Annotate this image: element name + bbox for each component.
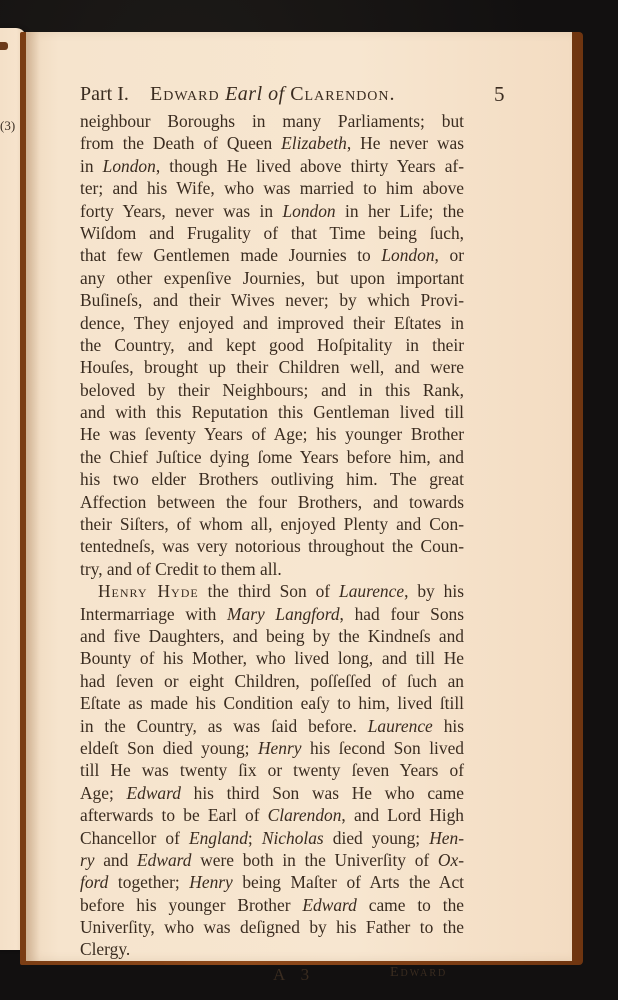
text-span: , and Lord High [341,805,464,825]
running-head: Part I. Edward Earl of Clarendon. 5 [80,82,464,106]
text-line: Age; Edward his third Son was He who cam… [80,782,464,804]
text-span: had ſeven or eight Children, poſſeſſed o… [80,671,464,691]
text-span: , or [435,245,464,265]
text-span: ; [248,828,262,848]
page-number: 5 [494,82,505,106]
text-line: afterwards to be Earl of Clarendon, and … [80,804,464,826]
text-block: Part I. Edward Earl of Clarendon. 5 neig… [80,82,464,987]
text-line: Affection between the four Brothers, and… [80,491,464,513]
text-line: ford together; Henry being Maſter of Art… [80,871,464,893]
text-line: neighbour Boroughs in many Parliaments; … [80,110,464,132]
text-span: ter; and his Wife, who was married to hi… [80,178,464,198]
italic-text: Henry [189,872,232,892]
italic-text: Mary Langford [227,604,340,624]
small-caps-text: Henry Hyde [98,581,199,601]
italic-text: Ox- [438,850,464,870]
text-span: in [80,156,103,176]
italic-text: Nicholas [262,828,324,848]
text-line: Wiſdom and Frugality of that Time being … [80,222,464,244]
text-line: Intermarriage with Mary Langford, had fo… [80,603,464,625]
text-span: came to the [357,895,464,915]
margin-reference: (3) [0,118,15,134]
text-span: from the Death of Queen [80,133,281,153]
italic-text: Henry [258,738,301,758]
text-line: and with this Reputation this Gentleman … [80,401,464,423]
text-span: Chancellor of [80,828,189,848]
text-span: Wiſdom and Frugality of that Time being … [80,223,464,243]
text-span: the third Son of [199,581,339,601]
italic-text: Laurence [368,716,433,736]
signature-mark: A 3 [273,965,315,985]
text-span: and with this Reputation this Gentleman … [80,402,464,422]
title-name: Edward [150,83,220,105]
text-span: together; [108,872,189,892]
text-span: beloved by their Neighbours; and in this… [80,380,464,400]
text-span: any other expenſive Journies, but upon i… [80,268,464,288]
text-line: till He was twenty ſix or twenty ſeven Y… [80,759,464,781]
text-span: afterwards to be Earl of [80,805,268,825]
italic-text: Laurence [339,581,404,601]
text-line: his two elder Brothers outliving him. Th… [80,468,464,490]
text-span: Buſineſs, and their Wives never; by whic… [80,290,464,310]
gutter-shadow [26,32,40,961]
text-line: try, and of Credit to them all. [80,558,464,580]
text-span: He was ſeventy Years of Age; his younger… [80,424,464,444]
text-span: , though He lived above thirty Years af- [156,156,464,176]
text-line: forty Years, never was in London in her … [80,200,464,222]
italic-text: England [189,828,248,848]
text-span: being Maſter of Arts the Act [233,872,464,892]
text-line: the Country, and kept good Hoſpitality i… [80,334,464,356]
text-line: beloved by their Neighbours; and in this… [80,379,464,401]
italic-text: Clarendon [268,805,342,825]
text-span: that few Gentlemen made Journies to [80,245,381,265]
italic-text: Edward [302,895,356,915]
italic-text: ford [80,872,108,892]
left-binding-corner [0,42,8,50]
catchword: Edward [390,965,447,981]
italic-text: Hen- [429,828,464,848]
text-span: , had four Sons [340,604,464,624]
italic-text: Edward [127,783,181,803]
text-span: Age; [80,783,127,803]
text-line: before his younger Brother Edward came t… [80,894,464,916]
text-span: before his younger Brother [80,895,302,915]
text-span: dence, They enjoyed and improved their E… [80,313,464,333]
italic-text: London [103,156,156,176]
text-span: were both in the Univerſity of [191,850,437,870]
body-text: neighbour Boroughs in many Parliaments; … [80,110,464,961]
italic-text: ry [80,850,95,870]
text-span: Clergy. [80,939,130,959]
text-span: till He was twenty ſix or twenty ſeven Y… [80,760,464,780]
italic-text: Elizabeth [281,133,347,153]
text-line: Eſtate as made his Condition eaſy to him… [80,692,464,714]
text-line: that few Gentlemen made Journies to Lond… [80,244,464,266]
text-line: Bounty of his Mother, who lived long, an… [80,647,464,669]
text-line: Univerſity, who was deſigned by his Fath… [80,916,464,938]
text-span: forty Years, never was in [80,201,282,221]
text-line: tentedneſs, was very notorious throughou… [80,535,464,557]
text-line: in the Country, as was ſaid before. Laur… [80,715,464,737]
text-span: their Siſters, of whom all, enjoyed Plen… [80,514,464,534]
text-span: Bounty of his Mother, who lived long, an… [80,648,464,668]
text-span: and [95,850,138,870]
italic-text: London [282,201,335,221]
text-span: , He never was [347,133,464,153]
text-span: Houſes, brought up their Children well, … [80,357,464,377]
text-span: the Country, and kept good Hoſpitality i… [80,335,464,355]
text-span: Affection between the four Brothers, and… [80,492,464,512]
text-span: neighbour Boroughs in many Parliaments; … [80,111,464,131]
text-line: in London, though He lived above thirty … [80,155,464,177]
title-place: Clarendon. [290,83,395,105]
text-span: the Chief Juſtice dying ſome Years befor… [80,447,464,467]
text-line: ry and Edward were both in the Univerſit… [80,849,464,871]
text-line: Clergy. [80,938,464,960]
text-span: his third Son was He who came [181,783,464,803]
text-line: Buſineſs, and their Wives never; by whic… [80,289,464,311]
page-footer: A 3 Edward [80,965,464,987]
italic-text: Edward [137,850,191,870]
text-line: from the Death of Queen Elizabeth, He ne… [80,132,464,154]
text-span: eldeſt Son died young; [80,738,258,758]
text-span: tentedneſs, was very notorious throughou… [80,536,464,556]
text-span: Eſtate as made his Condition eaſy to him… [80,693,464,713]
text-line: and five Daughters, and being by the Kin… [80,625,464,647]
text-span: in the Country, as was ſaid before. [80,716,368,736]
text-line: Houſes, brought up their Children well, … [80,356,464,378]
text-line: eldeſt Son died young; Henry his ſecond … [80,737,464,759]
text-span: his two elder Brothers outliving him. Th… [80,469,464,489]
text-line: Chancellor of England; Nicholas died you… [80,827,464,849]
text-line: dence, They enjoyed and improved their E… [80,312,464,334]
text-line: their Siſters, of whom all, enjoyed Plen… [80,513,464,535]
text-line: any other expenſive Journies, but upon i… [80,267,464,289]
text-span: his [433,716,464,736]
part-label: Part I. [80,82,129,106]
text-span: , by his [404,581,464,601]
text-line: ter; and his Wife, who was married to hi… [80,177,464,199]
text-line: Henry Hyde the third Son of Laurence, by… [80,580,464,602]
text-span: in her Life; the [336,201,464,221]
title-italic: Earl of [225,83,285,105]
text-span: and five Daughters, and being by the Kin… [80,626,464,646]
text-line: had ſeven or eight Children, poſſeſſed o… [80,670,464,692]
running-title: Edward Earl of Clarendon. [150,82,396,106]
text-span: Univerſity, who was deſigned by his Fath… [80,917,464,937]
text-line: the Chief Juſtice dying ſome Years befor… [80,446,464,468]
text-span: Intermarriage with [80,604,227,624]
text-span: died young; [324,828,430,848]
text-span: his ſecond Son lived [301,738,464,758]
italic-text: London [381,245,434,265]
text-span: try, and of Credit to them all. [80,559,282,579]
text-line: He was ſeventy Years of Age; his younger… [80,423,464,445]
